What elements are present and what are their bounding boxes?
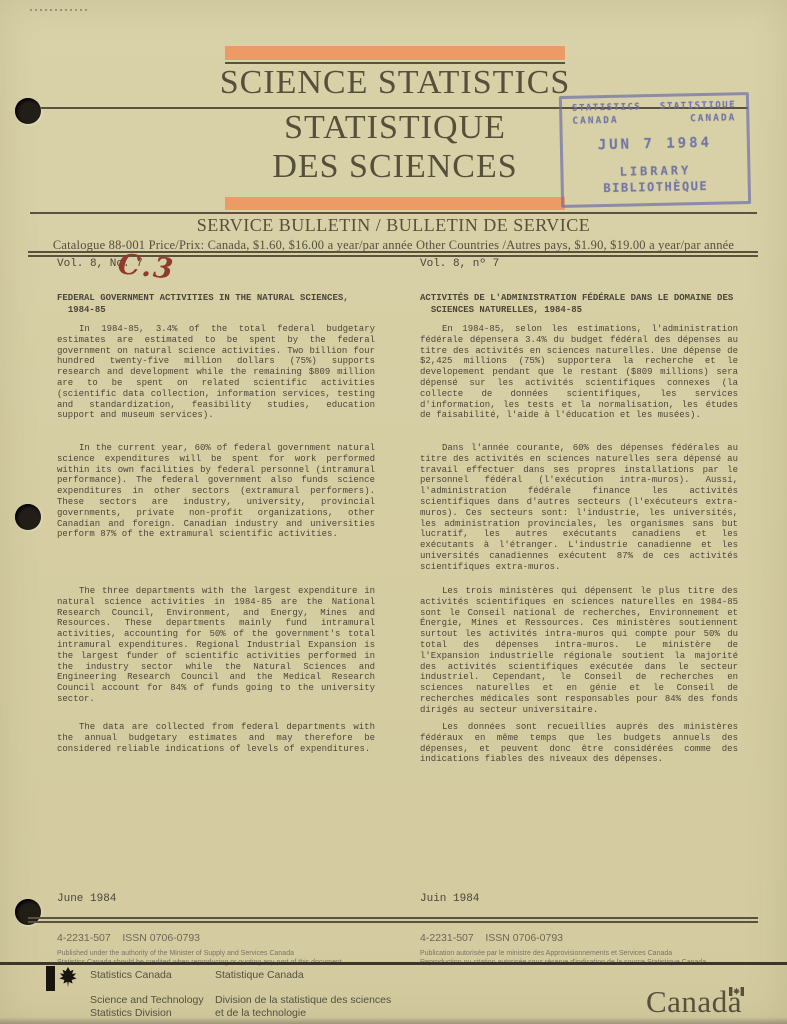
- french-paragraph-1: En 1984-85, selon les estimations, l'adm…: [420, 324, 738, 421]
- english-paragraph-3: The three departments with the largest e…: [57, 586, 375, 705]
- identity-bar-rule: [0, 962, 787, 965]
- stamp-statistique-label: STATISTIQUE: [660, 100, 736, 112]
- statistics-canada-label-fr: Statistique Canada: [215, 969, 304, 982]
- stamp-canada-row: CANADA CANADA: [562, 112, 746, 127]
- service-band-top-rule: [30, 212, 757, 214]
- canada-wordmark: Canada: [646, 984, 742, 1020]
- service-bulletin-line: SERVICE BULLETIN / BULLETIN DE SERVICE: [0, 215, 787, 236]
- flag-bar-icon: [46, 966, 55, 991]
- punch-hole-middle: [15, 504, 41, 530]
- library-date-stamp: STATISTICS STATISTIQUE CANADA CANADA JUN…: [559, 92, 751, 208]
- statistics-canada-label-en: Statistics Canada: [90, 969, 172, 982]
- stamp-canada-right: CANADA: [690, 112, 737, 124]
- scan-bottom-edge: [0, 1017, 787, 1024]
- pencil-mark: [30, 9, 88, 11]
- issue-date-english: June 1984: [57, 893, 375, 905]
- canada-wordmark-text: Canada: [646, 984, 742, 1019]
- stamp-statistics-label: STATISTICS: [572, 102, 641, 113]
- english-paragraph-1: In 1984-85, 3.4% of the total federal bu…: [57, 324, 375, 421]
- stamp-bibliotheque-label: BIBLIOTHÈQUE: [564, 178, 748, 196]
- statcan-flag-symbol: [46, 966, 86, 992]
- wordmark-flag-icon: [729, 987, 744, 996]
- french-paragraph-2: Dans l'année courante, 60% des dépenses …: [420, 443, 738, 573]
- volume-number-french: Vol. 8, nº 7: [420, 258, 499, 270]
- handwritten-copy-mark: C.3: [116, 247, 176, 286]
- masthead-orange-bar-top: [225, 46, 565, 60]
- stamp-date: JUN 7 1984: [563, 134, 747, 154]
- french-paragraph-4: Les données sont recueillies auprés des …: [420, 722, 738, 765]
- english-paragraph-2: In the current year, 60% of federal gove…: [57, 443, 375, 540]
- english-paragraph-4: The data are collected from federal depa…: [57, 722, 375, 754]
- stamp-library-label: LIBRARY: [563, 162, 747, 180]
- stamp-canada-left: CANADA: [572, 115, 619, 127]
- masthead-title-french-line2: DES SCIENCES: [185, 148, 605, 186]
- publication-code-english: 4-2231-507 ISSN 0706-0793: [57, 932, 375, 944]
- masthead-title-french-line1: STATISTIQUE: [185, 109, 605, 147]
- issue-date-french: Juin 1984: [420, 893, 738, 905]
- footer-double-rule: [28, 917, 758, 923]
- punch-hole-top: [15, 98, 41, 124]
- masthead-orange-bar-bottom: [225, 197, 565, 210]
- article-heading-french: ACTIVITÉS DE L'ADMINISTRATION FÉDÉRALE D…: [420, 292, 738, 316]
- masthead-title-english: SCIENCE STATISTICS: [185, 64, 605, 102]
- article-heading-english: FEDERAL GOVERNMENT ACTIVITIES IN THE NAT…: [57, 292, 375, 316]
- maple-leaf-icon: [57, 967, 79, 989]
- french-paragraph-3: Les trois ministères qui dépensent le pl…: [420, 586, 738, 716]
- scanned-bulletin-page: SCIENCE STATISTICS STATISTIQUE DES SCIEN…: [0, 0, 787, 1024]
- publication-code-french: 4-2231-507 ISSN 0706-0793: [420, 932, 738, 944]
